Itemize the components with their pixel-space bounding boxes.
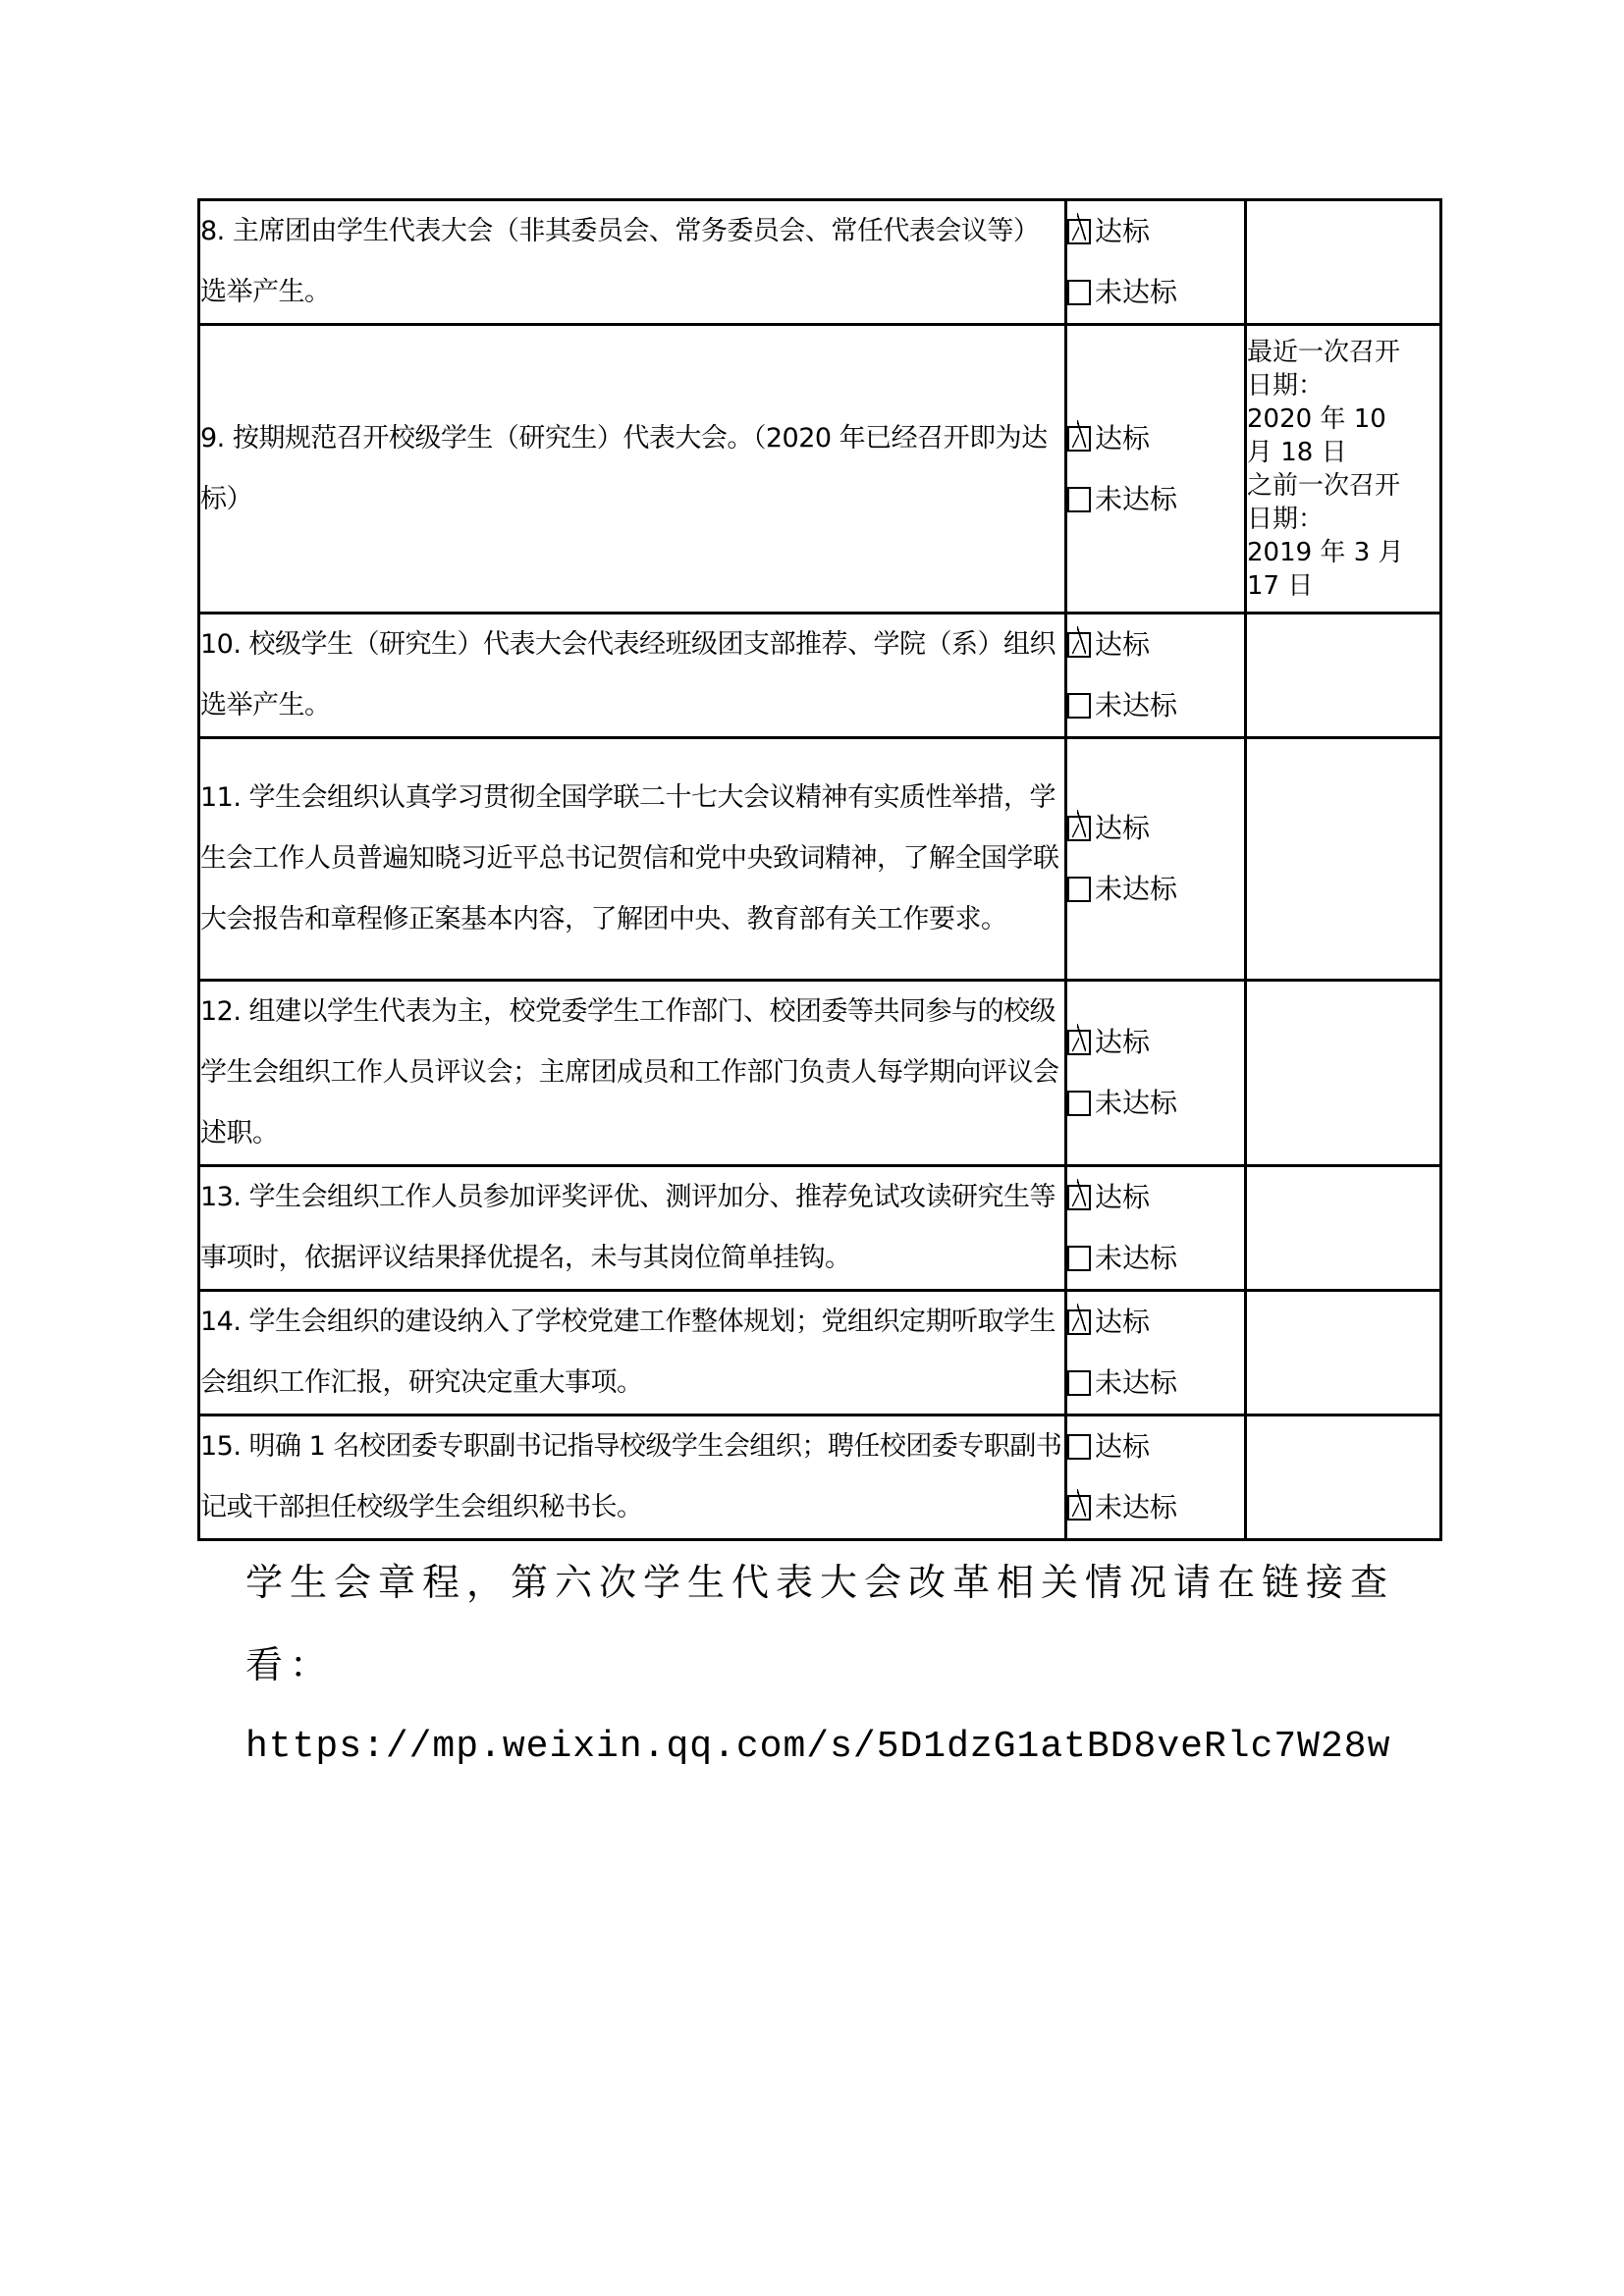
footer-note: 学生会章程，第六次学生代表大会改革相关情况请在链接查 看： https://mp… <box>245 1541 1424 1789</box>
note-line: 日期： <box>1247 369 1439 402</box>
unchecked-checkbox-icon[interactable] <box>1067 1246 1091 1271</box>
unchecked-checkbox-icon[interactable] <box>1067 877 1091 902</box>
table-row: 11. 学生会组织认真学习贯彻全国学联二十七大会议精神有实质性举措，学生会工作人… <box>199 738 1441 981</box>
requirement-text: 9. 按期规范召开校级学生（研究生）代表大会。（2020 年已经召开即为达标） <box>200 408 1064 530</box>
option-label: 未达标 <box>1095 1353 1177 1414</box>
note-line: 2020 年 10 <box>1247 402 1439 436</box>
unchecked-checkbox-icon[interactable] <box>1067 487 1091 512</box>
checked-checkbox-icon[interactable] <box>1067 219 1091 244</box>
requirement-text: 12. 组建以学生代表为主，校党委学生工作部门、校团委等共同参与的校级学生会组织… <box>200 982 1064 1164</box>
option-not-met[interactable]: 未达标 <box>1067 1228 1244 1289</box>
option-label: 未达标 <box>1095 675 1177 736</box>
note-cell: 最近一次召开日期：2020 年 10月 18 日之前一次召开日期：2019 年 … <box>1246 325 1441 614</box>
footer-link[interactable]: https://mp.weixin.qq.com/s/5D1dzG1atBD8v… <box>245 1726 1390 1768</box>
option-met[interactable]: 达标 <box>1067 1167 1244 1228</box>
option-not-met[interactable]: 未达标 <box>1067 675 1244 736</box>
unchecked-checkbox-icon[interactable] <box>1067 1370 1091 1396</box>
checked-checkbox-icon[interactable] <box>1067 1495 1091 1521</box>
checked-checkbox-icon[interactable] <box>1067 1309 1091 1335</box>
table-row: 9. 按期规范召开校级学生（研究生）代表大会。（2020 年已经召开即为达标）达… <box>199 325 1441 614</box>
requirement-cell: 11. 学生会组织认真学习贯彻全国学联二十七大会议精神有实质性举措，学生会工作人… <box>199 738 1066 981</box>
table-row: 14. 学生会组织的建设纳入了学校党建工作整体规划；党组织定期听取学生会组织工作… <box>199 1291 1441 1415</box>
requirement-cell: 9. 按期规范召开校级学生（研究生）代表大会。（2020 年已经召开即为达标） <box>199 325 1066 614</box>
requirement-cell: 12. 组建以学生代表为主，校党委学生工作部门、校团委等共同参与的校级学生会组织… <box>199 981 1066 1166</box>
option-met[interactable]: 达标 <box>1067 798 1244 859</box>
option-label: 达标 <box>1095 1167 1150 1228</box>
option-not-met[interactable]: 未达标 <box>1067 1477 1244 1538</box>
requirement-cell: 8. 主席团由学生代表大会（非其委员会、常务委员会、常任代表会议等）选举产生。 <box>199 200 1066 325</box>
checked-checkbox-icon[interactable] <box>1067 1185 1091 1210</box>
option-not-met[interactable]: 未达标 <box>1067 469 1244 530</box>
requirement-cell: 15. 明确 1 名校团委专职副书记指导校级学生会组织；聘任校团委专职副书记或干… <box>199 1415 1066 1540</box>
checked-checkbox-icon[interactable] <box>1067 1030 1091 1055</box>
note-line: 最近一次召开 <box>1247 336 1439 369</box>
option-met[interactable]: 达标 <box>1067 614 1244 675</box>
option-label: 达标 <box>1095 1292 1150 1353</box>
unchecked-checkbox-icon[interactable] <box>1067 280 1091 305</box>
note-line: 之前一次召开 <box>1247 469 1439 503</box>
option-label: 未达标 <box>1095 262 1177 323</box>
note-cell <box>1246 1415 1441 1540</box>
status-cell: 达标未达标 <box>1066 200 1246 325</box>
unchecked-checkbox-icon[interactable] <box>1067 1434 1091 1460</box>
table-row: 15. 明确 1 名校团委专职副书记指导校级学生会组织；聘任校团委专职副书记或干… <box>199 1415 1441 1540</box>
status-cell: 达标未达标 <box>1066 738 1246 981</box>
requirement-cell: 14. 学生会组织的建设纳入了学校党建工作整体规划；党组织定期听取学生会组织工作… <box>199 1291 1066 1415</box>
status-cell: 达标未达标 <box>1066 1291 1246 1415</box>
option-label: 达标 <box>1095 408 1150 469</box>
requirement-text: 13. 学生会组织工作人员参加评奖评优、测评加分、推荐免试攻读研究生等事项时，依… <box>200 1167 1064 1289</box>
status-cell: 达标未达标 <box>1066 614 1246 738</box>
option-label: 达标 <box>1095 1416 1150 1477</box>
note-cell <box>1246 738 1441 981</box>
option-label: 未达标 <box>1095 469 1177 530</box>
document-page: 8. 主席团由学生代表大会（非其委员会、常务委员会、常任代表会议等）选举产生。达… <box>0 0 1624 2296</box>
option-label: 达标 <box>1095 614 1150 675</box>
checklist-body: 8. 主席团由学生代表大会（非其委员会、常务委员会、常任代表会议等）选举产生。达… <box>199 200 1441 1540</box>
unchecked-checkbox-icon[interactable] <box>1067 1091 1091 1116</box>
unchecked-checkbox-icon[interactable] <box>1067 693 1091 719</box>
note-cell <box>1246 614 1441 738</box>
option-label: 未达标 <box>1095 859 1177 920</box>
footer-text-line-2: 看： <box>245 1624 1424 1706</box>
option-not-met[interactable]: 未达标 <box>1067 859 1244 920</box>
table-row: 13. 学生会组织工作人员参加评奖评优、测评加分、推荐免试攻读研究生等事项时，依… <box>199 1166 1441 1291</box>
table-row: 10. 校级学生（研究生）代表大会代表经班级团支部推荐、学院（系）组织选举产生。… <box>199 614 1441 738</box>
option-label: 达标 <box>1095 201 1150 262</box>
status-cell: 达标未达标 <box>1066 325 1246 614</box>
requirement-text: 14. 学生会组织的建设纳入了学校党建工作整体规划；党组织定期听取学生会组织工作… <box>200 1292 1064 1414</box>
status-cell: 达标未达标 <box>1066 1166 1246 1291</box>
note-line: 17 日 <box>1247 569 1439 603</box>
requirement-cell: 10. 校级学生（研究生）代表大会代表经班级团支部推荐、学院（系）组织选举产生。 <box>199 614 1066 738</box>
option-label: 未达标 <box>1095 1073 1177 1134</box>
option-label: 达标 <box>1095 1012 1150 1073</box>
requirement-cell: 13. 学生会组织工作人员参加评奖评优、测评加分、推荐免试攻读研究生等事项时，依… <box>199 1166 1066 1291</box>
requirement-text: 8. 主席团由学生代表大会（非其委员会、常务委员会、常任代表会议等）选举产生。 <box>200 201 1064 323</box>
requirement-text: 11. 学生会组织认真学习贯彻全国学联二十七大会议精神有实质性举措，学生会工作人… <box>200 768 1064 950</box>
note-line: 2019 年 3 月 <box>1247 536 1439 569</box>
option-met[interactable]: 达标 <box>1067 408 1244 469</box>
note-line: 日期： <box>1247 503 1439 536</box>
requirement-text: 10. 校级学生（研究生）代表大会代表经班级团支部推荐、学院（系）组织选举产生。 <box>200 614 1064 736</box>
checked-checkbox-icon[interactable] <box>1067 816 1091 841</box>
option-met[interactable]: 达标 <box>1067 1416 1244 1477</box>
option-met[interactable]: 达标 <box>1067 1012 1244 1073</box>
checked-checkbox-icon[interactable] <box>1067 632 1091 658</box>
footer-text-line-1: 学生会章程，第六次学生代表大会改革相关情况请在链接查 <box>245 1541 1424 1624</box>
option-label: 未达标 <box>1095 1228 1177 1289</box>
option-met[interactable]: 达标 <box>1067 1292 1244 1353</box>
note-line: 月 18 日 <box>1247 436 1439 469</box>
note-cell <box>1246 1291 1441 1415</box>
note-cell <box>1246 200 1441 325</box>
table-row: 8. 主席团由学生代表大会（非其委员会、常务委员会、常任代表会议等）选举产生。达… <box>199 200 1441 325</box>
table-row: 12. 组建以学生代表为主，校党委学生工作部门、校团委等共同参与的校级学生会组织… <box>199 981 1441 1166</box>
option-not-met[interactable]: 未达标 <box>1067 1353 1244 1414</box>
note-cell <box>1246 1166 1441 1291</box>
checked-checkbox-icon[interactable] <box>1067 426 1091 452</box>
note-cell <box>1246 981 1441 1166</box>
option-met[interactable]: 达标 <box>1067 201 1244 262</box>
option-label: 未达标 <box>1095 1477 1177 1538</box>
option-not-met[interactable]: 未达标 <box>1067 1073 1244 1134</box>
status-cell: 达标未达标 <box>1066 981 1246 1166</box>
option-label: 达标 <box>1095 798 1150 859</box>
option-not-met[interactable]: 未达标 <box>1067 262 1244 323</box>
requirement-text: 15. 明确 1 名校团委专职副书记指导校级学生会组织；聘任校团委专职副书记或干… <box>200 1416 1064 1538</box>
status-cell: 达标未达标 <box>1066 1415 1246 1540</box>
checklist-table: 8. 主席团由学生代表大会（非其委员会、常务委员会、常任代表会议等）选举产生。达… <box>197 198 1442 1541</box>
